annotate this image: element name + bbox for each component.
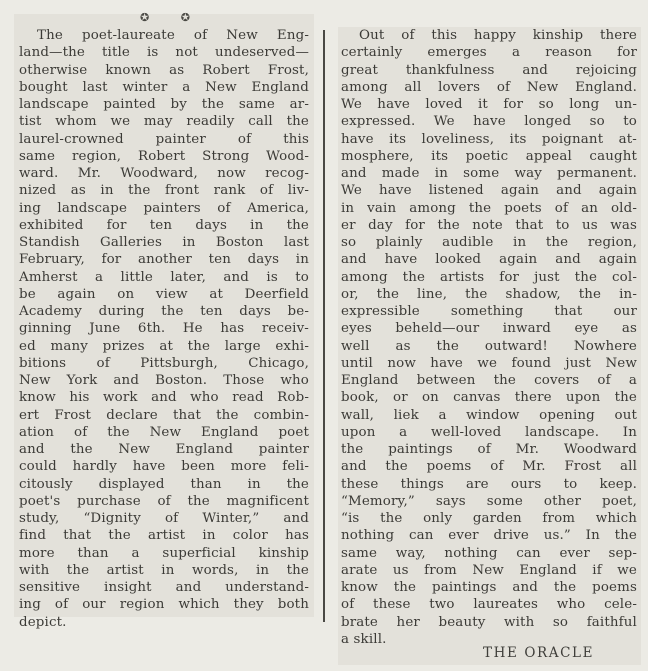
text-line: “is the only garden from which	[341, 510, 637, 527]
text-line: citously displayed than in the	[19, 476, 309, 493]
text-line: study, “Dignity of Winter,” and	[19, 510, 309, 527]
text-line: great thankfulness and rejoicing	[341, 62, 637, 79]
text-line: among the artists for just the col-	[341, 269, 637, 286]
text-line: expressible something that our	[341, 303, 637, 320]
text-line: ed many prizes at the large exhi-	[19, 338, 309, 355]
text-line: know the paintings and the poems	[341, 579, 637, 596]
text-line: ing of our region which they both	[19, 596, 309, 613]
text-line: brate her beauty with so faithful	[341, 614, 637, 631]
text-line: and made in some way permanent.	[341, 165, 637, 182]
text-line: book, or on canvas there upon the	[341, 389, 637, 406]
column-divider	[323, 30, 325, 208]
text-line: We have listened again and again	[341, 182, 637, 199]
text-line: same way, nothing can ever sep-	[341, 545, 637, 562]
text-line: Amherst a little later, and is to	[19, 269, 309, 286]
text-line: find that the artist in color has	[19, 527, 309, 544]
text-line: exhibited for ten days in the	[19, 217, 309, 234]
text-line: sensitive insight and understand-	[19, 579, 309, 596]
text-line: among all lovers of New England.	[341, 79, 637, 96]
text-line: have its loveliness, its poignant at-	[341, 131, 637, 148]
text-line: expressed. We have longed so to	[341, 113, 637, 130]
text-line: otherwise known as Robert Frost,	[19, 62, 309, 79]
text-line: bitions of Pittsburgh, Chicago,	[19, 355, 309, 372]
text-line: ert Frost declare that the combin-	[19, 407, 309, 424]
text-line: these things are ours to keep.	[341, 476, 637, 493]
text-line: certainly emerges a reason for	[341, 44, 637, 61]
text-line: ginning June 6th. He has receiv-	[19, 320, 309, 337]
text-line: “Memory,” says some other poet,	[341, 493, 637, 510]
text-line: well as the outward! Nowhere	[341, 338, 637, 355]
article-right-column: Out of this happy kinship therecertainly…	[341, 27, 637, 648]
text-line: in vain among the poets of an old-	[341, 200, 637, 217]
text-line: mosphere, its poetic appeal caught	[341, 148, 637, 165]
text-line: same region, Robert Strong Wood-	[19, 148, 309, 165]
text-line: the paintings of Mr. Woodward	[341, 441, 637, 458]
text-line: wall, liek a window opening out	[341, 407, 637, 424]
text-line: and the poems of Mr. Frost all	[341, 458, 637, 475]
text-line: know his work and who read Rob-	[19, 389, 309, 406]
text-line: laurel-crowned painter of this	[19, 131, 309, 148]
signature: THE ORACLE	[483, 645, 594, 661]
text-line: The poet-laureate of New Eng-	[19, 27, 309, 44]
text-line: ation of the New England poet	[19, 424, 309, 441]
column-divider	[323, 590, 325, 622]
text-line: land—the title is not undeserved—	[19, 44, 309, 61]
text-line: more than a superficial kinship	[19, 545, 309, 562]
text-line: so plainly audible in the region,	[341, 234, 637, 251]
text-line: of these two laureates who cele-	[341, 596, 637, 613]
text-line: Academy during the ten days be-	[19, 303, 309, 320]
text-line: Out of this happy kinship there	[341, 27, 637, 44]
text-line: and have looked again and again	[341, 251, 637, 268]
text-line: er day for the note that to us was	[341, 217, 637, 234]
text-line: or, the line, the shadow, the in-	[341, 286, 637, 303]
text-line: landscape painted by the same ar-	[19, 96, 309, 113]
text-line: ing landscape painters of America,	[19, 200, 309, 217]
text-line: nized as in the front rank of liv-	[19, 182, 309, 199]
text-line: arate us from New England if we	[341, 562, 637, 579]
text-line: depict.	[19, 614, 309, 631]
ornament-icon: ✪ ✪	[140, 11, 204, 24]
text-line: could hardly have been more feli-	[19, 458, 309, 475]
text-line: ward. Mr. Woodward, now recog-	[19, 165, 309, 182]
text-line: be again on view at Deerfield	[19, 286, 309, 303]
text-line: Standish Galleries in Boston last	[19, 234, 309, 251]
text-line: February, for another ten days in	[19, 251, 309, 268]
text-line: bought last winter a New England	[19, 79, 309, 96]
text-line: upon a well-loved landscape. In	[341, 424, 637, 441]
text-line: eyes beheld—our inward eye as	[341, 320, 637, 337]
column-divider	[323, 208, 325, 590]
text-line: with the artist in words, in the	[19, 562, 309, 579]
text-line: England between the covers of a	[341, 372, 637, 389]
article-left-column: The poet-laureate of New Eng-land—the ti…	[19, 27, 309, 631]
text-line: tist whom we may readily call the	[19, 113, 309, 130]
text-line: nothing can ever drive us.” In the	[341, 527, 637, 544]
text-line: poet's purchase of the magnificent	[19, 493, 309, 510]
text-line: We have loved it for so long un-	[341, 96, 637, 113]
text-line: and the New England painter	[19, 441, 309, 458]
text-line: New York and Boston. Those who	[19, 372, 309, 389]
text-line: until now have we found just New	[341, 355, 637, 372]
